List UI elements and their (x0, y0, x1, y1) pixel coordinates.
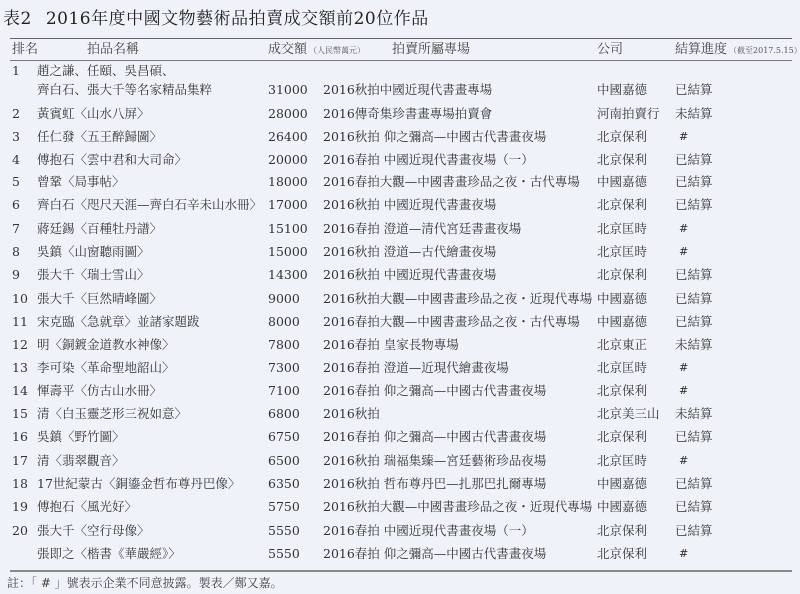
header-venue: 拍賣所屬專場 (392, 40, 470, 59)
status-cell: # (679, 356, 688, 379)
venue-cell: 2016秋拍中國近現代書畫專場 (323, 80, 492, 100)
name-cell: 黃賓虹〈山水八屏〉 (37, 102, 150, 125)
status-cell: # (679, 217, 688, 240)
name-cell-line1: 趙之謙、任頤、吳昌碩、 (37, 61, 175, 81)
status-cell: 已結算 (675, 287, 713, 310)
price-cell: 15000 (268, 240, 308, 263)
header-price-label: 成交額 (268, 42, 307, 57)
rank-cell: 10 (12, 287, 28, 310)
table-row: 4傅抱石〈雲中君和大司命〉200002016春拍 中國近現代書畫夜場（一）北京保… (0, 148, 800, 171)
price-cell: 28000 (268, 102, 308, 125)
company-cell: 中國嘉德 (597, 287, 647, 310)
rank-cell: 18 (12, 472, 28, 495)
table-row: 1817世紀蒙古〈銅鎏金哲布尊丹巴像〉63502016秋拍 哲布尊丹巴—扎那巴扎… (0, 472, 800, 495)
name-cell: 張大千〈空行母像〉 (37, 519, 150, 542)
company-cell: 中國嘉德 (597, 310, 647, 333)
table-row: 13李可染〈革命聖地韶山〉73002016春拍 澄道—近現代繪畫夜場北京匡時# (0, 356, 800, 379)
status-cell: # (679, 240, 688, 263)
table-top-rule (10, 38, 792, 39)
price-cell: 17000 (268, 193, 308, 216)
venue-cell: 2016秋拍 中國近現代書畫夜場 (323, 193, 496, 216)
name-cell: 惲壽平〈仿古山水冊〉 (37, 379, 162, 402)
company-cell: 中國嘉德 (597, 495, 647, 518)
company-cell: 北京保利 (597, 425, 647, 448)
price-cell: 5550 (268, 519, 300, 542)
name-cell: 李可染〈革命聖地韶山〉 (37, 356, 175, 379)
rank-cell: 13 (12, 356, 28, 379)
rank-cell: 15 (12, 402, 28, 425)
table-row: 1 趙之謙、任頤、吳昌碩、 齊白石、張大千等名家精品集粹 31000 2016秋… (0, 61, 800, 101)
header-status: 結算進度（截至2017.5.15） (675, 40, 800, 59)
rank-cell: 2 (12, 102, 20, 125)
venue-cell: 2016春拍大觀—中國書畫珍品之夜・古代專場 (323, 170, 580, 193)
venue-cell: 2016秋拍大觀—中國書畫珍品之夜・近現代專場 (323, 287, 592, 310)
venue-cell: 2016秋拍 澄道—古代繪畫夜場 (323, 240, 496, 263)
status-cell: 已結算 (675, 425, 713, 448)
price-cell: 26400 (268, 125, 308, 148)
table-row: 10張大千〈巨然晴峰圖〉90002016秋拍大觀—中國書畫珍品之夜・近現代專場中… (0, 287, 800, 310)
rank-cell: 4 (12, 148, 20, 171)
company-cell: 北京保利 (597, 148, 647, 171)
header-rank: 排名 (12, 40, 38, 59)
name-cell: 宋克臨〈急就章〉並諸家題跋 (37, 310, 200, 333)
venue-cell: 2016春拍大觀—中國書畫珍品之夜・古代專場 (323, 310, 580, 333)
status-cell: 已結算 (675, 148, 713, 171)
header-status-note: （截至2017.5.15） (729, 46, 800, 55)
table-row: 8吳鎮〈山窗聽雨圖〉150002016秋拍 澄道—古代繪畫夜場北京匡時# (0, 240, 800, 263)
status-cell: # (679, 125, 688, 148)
venue-cell: 2016春拍 仰之彌高—中國古代書畫夜場 (323, 425, 546, 448)
company-cell: 北京保利 (597, 193, 647, 216)
company-cell: 北京匡時 (597, 356, 647, 379)
status-cell: 已結算 (675, 310, 713, 333)
name-cell: 蔣廷錫〈百種牡丹譜〉 (37, 217, 162, 240)
company-cell: 北京保利 (597, 519, 647, 542)
venue-cell: 2016秋拍 (323, 402, 380, 425)
company-cell: 中國嘉德 (597, 170, 647, 193)
rank-cell: 17 (12, 449, 28, 472)
rank-cell: 1 (12, 61, 20, 81)
status-cell: # (679, 542, 688, 565)
venue-cell: 2016春拍 仰之彌高—中國古代書畫夜場 (323, 379, 546, 402)
price-cell: 15100 (268, 217, 308, 240)
company-cell: 北京匡時 (597, 217, 647, 240)
price-cell: 6800 (268, 402, 300, 425)
company-cell: 中國嘉德 (597, 80, 647, 100)
rank-cell: 6 (12, 193, 20, 216)
name-cell: 吳鎮〈野竹圖〉 (37, 425, 125, 448)
price-cell: 20000 (268, 148, 308, 171)
table-row: 15清〈白玉靈芝形三祝如意〉68002016秋拍北京美三山未結算 (0, 402, 800, 425)
price-cell: 7300 (268, 356, 300, 379)
price-cell: 7800 (268, 333, 300, 356)
venue-cell: 2016秋拍 中國近現代書畫夜場 (323, 263, 496, 286)
status-cell: 未結算 (675, 102, 713, 125)
rank-cell: 14 (12, 379, 28, 402)
company-cell: 北京保利 (597, 542, 647, 565)
name-cell: 任仁發〈五王醉歸圖〉 (37, 125, 162, 148)
company-cell: 北京匡時 (597, 449, 647, 472)
price-cell: 18000 (268, 170, 308, 193)
header-price: 成交額（人民幣萬元） (268, 40, 365, 59)
name-cell: 清〈翡翠觀音〉 (37, 449, 125, 472)
table-row: 11宋克臨〈急就章〉並諸家題跋80002016春拍大觀—中國書畫珍品之夜・古代專… (0, 310, 800, 333)
venue-cell: 2016春拍 中國近現代書畫夜場（一） (323, 148, 534, 171)
venue-cell: 2016傳奇集珍書畫專場拍賣會 (323, 102, 492, 125)
table-row: 張即之〈楷書《華嚴經》〉55502016春拍 仰之彌高—中國古代書畫夜場北京保利… (0, 542, 800, 565)
venue-cell: 2016秋拍 哲布尊丹巴—扎那巴扎爾專場 (323, 472, 546, 495)
name-cell: 齊白石〈咫尺天涯—齊白石辛未山水冊〉 (37, 193, 262, 216)
table-row: 2黃賓虹〈山水八屏〉280002016傳奇集珍書畫專場拍賣會河南拍賣行未結算 (0, 102, 800, 125)
rank-cell: 12 (12, 333, 28, 356)
status-cell: 已結算 (675, 170, 713, 193)
rank-cell: 16 (12, 425, 28, 448)
venue-cell: 2016春拍 皇家長物專場 (323, 333, 459, 356)
price-cell: 8000 (268, 310, 300, 333)
rank-cell: 8 (12, 240, 20, 263)
company-cell: 北京保利 (597, 125, 647, 148)
venue-cell: 2016秋拍 瑞福集臻—宮廷藝術珍品夜場 (323, 449, 546, 472)
rank-cell: 20 (12, 519, 28, 542)
table-row: 9張大千〈瑞士雪山〉143002016秋拍 中國近現代書畫夜場北京保利已結算 (0, 263, 800, 286)
venue-cell: 2016春拍 仰之彌高—中國古代書畫夜場 (323, 542, 546, 565)
name-cell: 明〈銅鍍金道教水神像〉 (37, 333, 175, 356)
table-footnote: 註：「 # 」號表示企業不同意披露。製表／鄭又嘉。 (7, 574, 283, 592)
price-cell: 14300 (268, 263, 308, 286)
venue-cell: 2016春拍 中國近現代書畫夜場（一） (323, 519, 534, 542)
status-cell: 已結算 (675, 519, 713, 542)
price-cell: 5750 (268, 495, 300, 518)
table-row: 6齊白石〈咫尺天涯—齊白石辛未山水冊〉170002016秋拍 中國近現代書畫夜場… (0, 193, 800, 216)
table-row: 7蔣廷錫〈百種牡丹譜〉151002016春拍 澄道—清代宮廷書畫夜場北京匡時# (0, 217, 800, 240)
rank-cell: 19 (12, 495, 28, 518)
company-cell: 北京保利 (597, 263, 647, 286)
status-cell: 未結算 (675, 333, 713, 356)
name-cell: 張大千〈巨然晴峰圖〉 (37, 287, 162, 310)
header-name: 拍品名稱 (87, 40, 139, 59)
name-cell: 曾鞏〈局事帖〉 (37, 170, 125, 193)
header-company: 公司 (597, 40, 623, 59)
venue-cell: 2016春拍 澄道—清代宮廷書畫夜場 (323, 217, 521, 240)
rank-cell: 3 (12, 125, 20, 148)
venue-cell: 2016秋拍 仰之彌高—中國古代書畫夜場 (323, 125, 546, 148)
status-cell: 已結算 (675, 193, 713, 216)
status-cell: 已結算 (675, 80, 713, 100)
rank-cell: 9 (12, 263, 20, 286)
table-row: 17清〈翡翠觀音〉65002016秋拍 瑞福集臻—宮廷藝術珍品夜場北京匡時# (0, 449, 800, 472)
table-row: 12明〈銅鍍金道教水神像〉78002016春拍 皇家長物專場北京東正未結算 (0, 333, 800, 356)
status-cell: 已結算 (675, 263, 713, 286)
price-cell: 7100 (268, 379, 300, 402)
price-cell: 5550 (268, 542, 300, 565)
name-cell: 吳鎮〈山窗聽雨圖〉 (37, 240, 150, 263)
company-cell: 北京美三山 (597, 402, 660, 425)
rank-cell: 7 (12, 217, 20, 240)
company-cell: 北京東正 (597, 333, 647, 356)
company-cell: 北京保利 (597, 379, 647, 402)
company-cell: 中國嘉德 (597, 472, 647, 495)
table-title: 表22016年度中國文物藝術品拍賣成交額前20位作品 (3, 4, 429, 29)
price-cell: 6350 (268, 472, 300, 495)
venue-cell: 2016秋拍大觀—中國書畫珍品之夜・近現代專場 (323, 495, 592, 518)
rank-cell: 5 (12, 170, 20, 193)
table-row: 20張大千〈空行母像〉55502016春拍 中國近現代書畫夜場（一）北京保利已結… (0, 519, 800, 542)
status-cell: 未結算 (675, 402, 713, 425)
company-cell: 北京匡時 (597, 240, 647, 263)
header-status-label: 結算進度 (675, 42, 727, 57)
price-cell: 6500 (268, 449, 300, 472)
price-cell: 31000 (268, 80, 308, 100)
table-number: 表2 (3, 9, 32, 29)
status-cell: # (679, 449, 688, 472)
name-cell: 17世紀蒙古〈銅鎏金哲布尊丹巴像〉 (37, 472, 240, 495)
price-cell: 9000 (268, 287, 300, 310)
status-cell: 已結算 (675, 495, 713, 518)
name-cell: 清〈白玉靈芝形三祝如意〉 (37, 402, 187, 425)
table-row: 19傅抱石〈風光好〉57502016秋拍大觀—中國書畫珍品之夜・近現代專場中國嘉… (0, 495, 800, 518)
header-price-unit: （人民幣萬元） (309, 46, 365, 55)
price-cell: 6750 (268, 425, 300, 448)
name-cell: 傅抱石〈風光好〉 (37, 495, 137, 518)
table-row: 5曾鞏〈局事帖〉180002016春拍大觀—中國書畫珍品之夜・古代專場中國嘉德已… (0, 170, 800, 193)
venue-cell: 2016春拍 澄道—近現代繪畫夜場 (323, 356, 509, 379)
rank-cell: 11 (12, 310, 28, 333)
status-cell: # (679, 379, 688, 402)
table-row: 14惲壽平〈仿古山水冊〉71002016春拍 仰之彌高—中國古代書畫夜場北京保利… (0, 379, 800, 402)
name-cell: 傅抱石〈雲中君和大司命〉 (37, 148, 187, 171)
table-row: 3任仁發〈五王醉歸圖〉264002016秋拍 仰之彌高—中國古代書畫夜場北京保利… (0, 125, 800, 148)
table-title-text: 2016年度中國文物藝術品拍賣成交額前20位作品 (46, 9, 429, 29)
name-cell: 張即之〈楷書《華嚴經》〉 (37, 542, 181, 565)
company-cell: 河南拍賣行 (597, 102, 660, 125)
table-bottom-rule (10, 570, 792, 572)
status-cell: 已結算 (675, 472, 713, 495)
name-cell: 張大千〈瑞士雪山〉 (37, 263, 150, 286)
name-cell-line2: 齊白石、張大千等名家精品集粹 (37, 80, 212, 100)
table-row: 16吳鎮〈野竹圖〉67502016春拍 仰之彌高—中國古代書畫夜場北京保利已結算 (0, 425, 800, 448)
